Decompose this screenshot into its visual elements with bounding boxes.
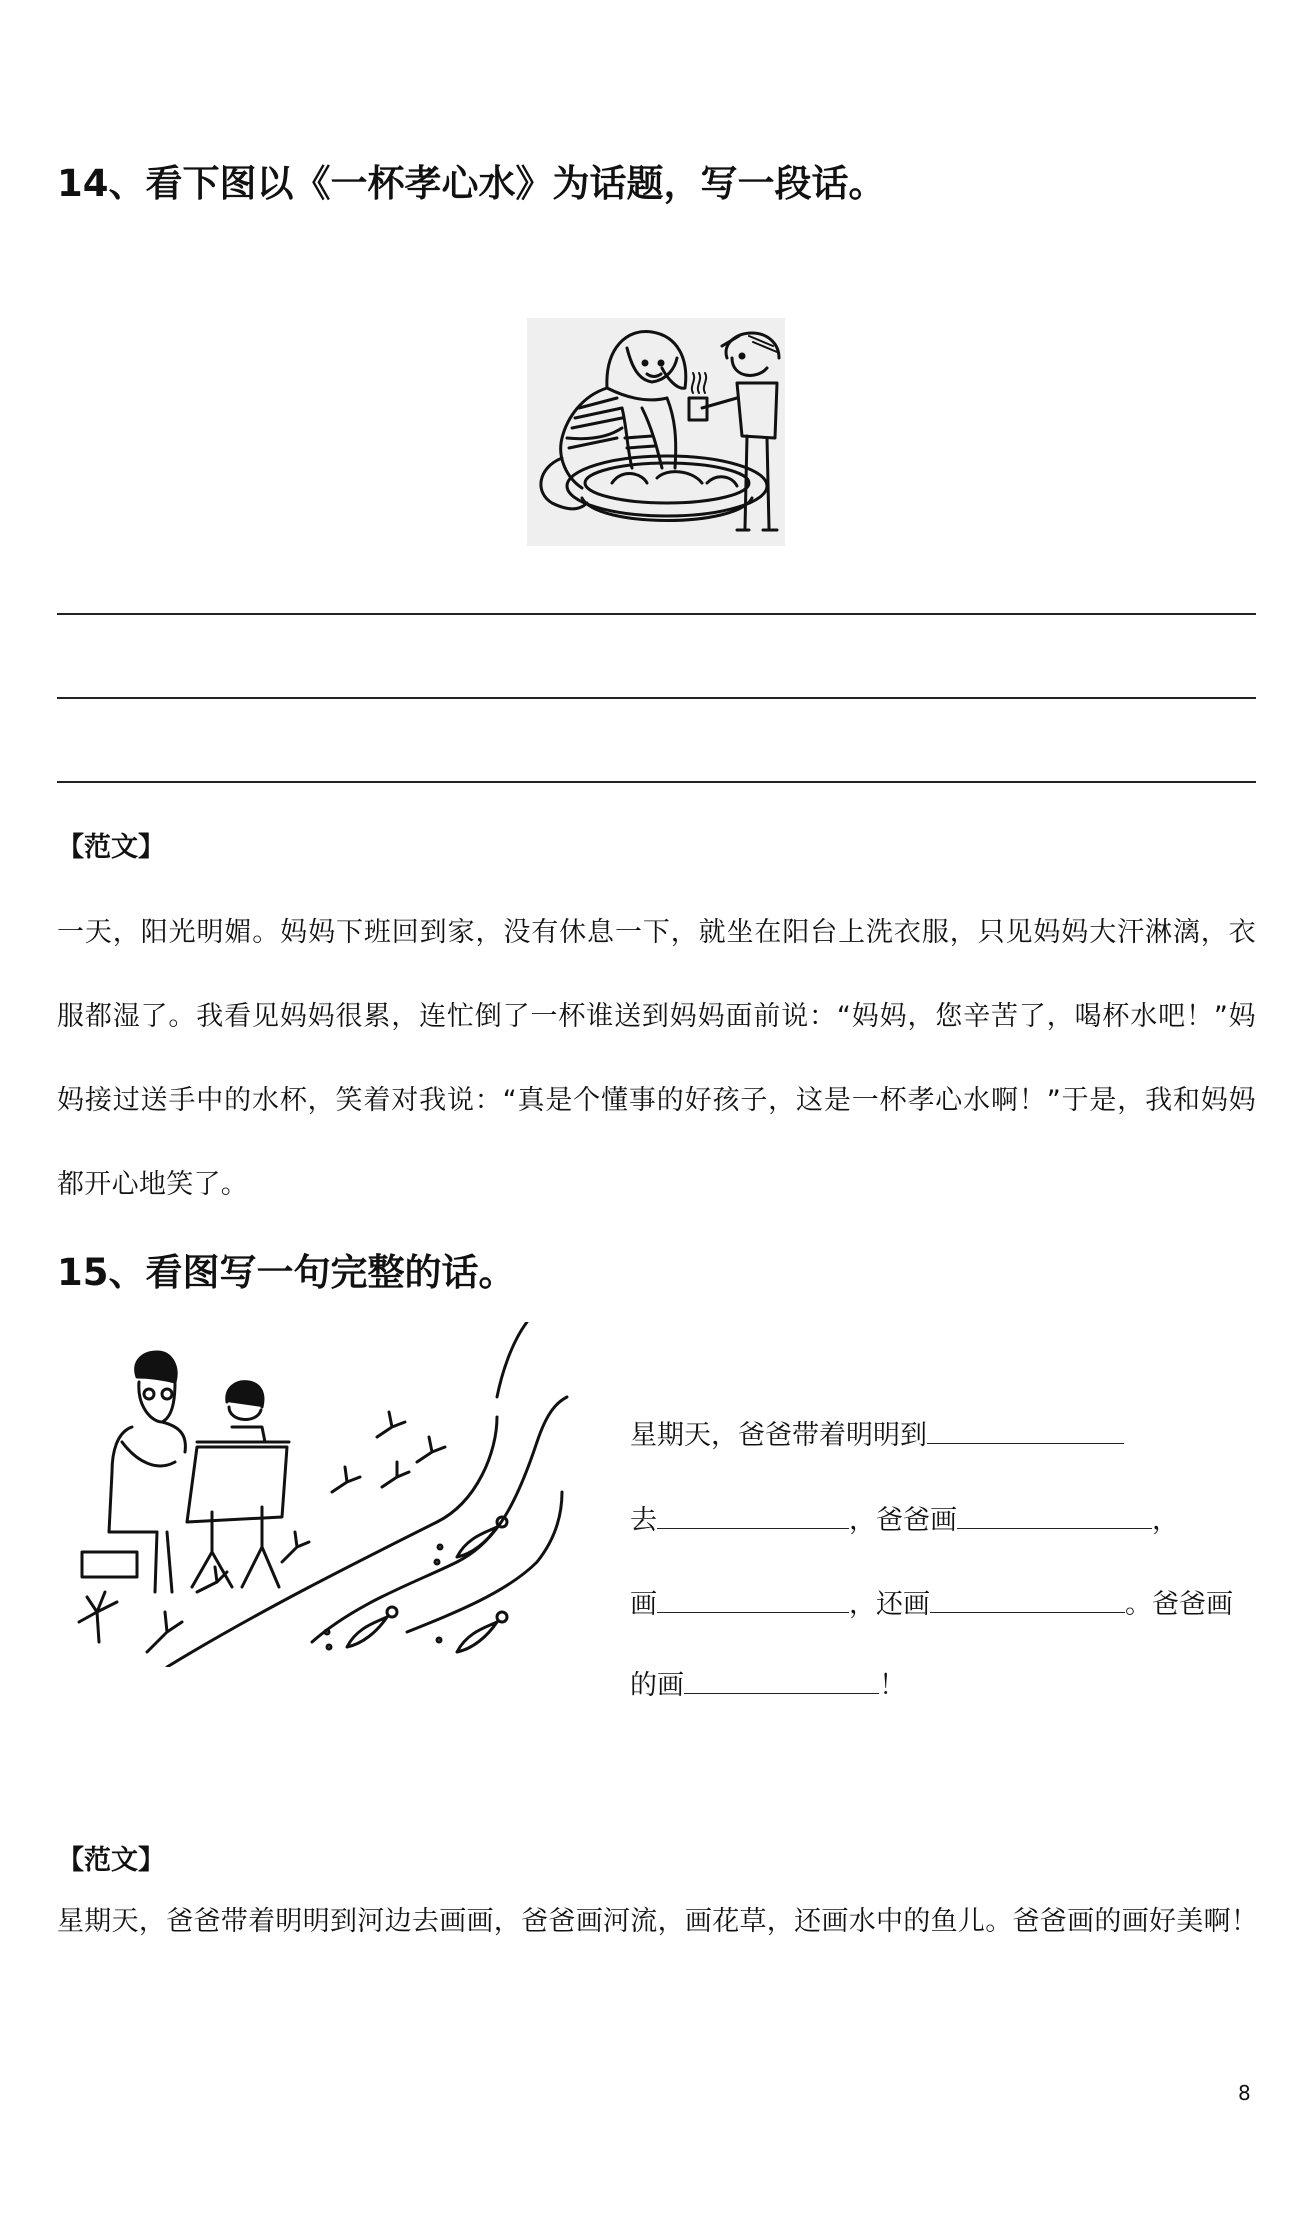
fill-text: 。爸爸画 <box>1125 1589 1233 1620</box>
blank-paint-1[interactable] <box>957 1498 1152 1529</box>
question-15-title: 15、看图写一句完整的话。 <box>57 1249 516 1297</box>
blank-paint-3[interactable] <box>930 1582 1125 1613</box>
fill-text: ！ <box>879 1670 906 1701</box>
answer-line-2[interactable] <box>57 697 1256 699</box>
sample-line: 都开心地笑了。 <box>57 1143 1256 1227</box>
fill-in-line-2: 去，爸爸画， <box>630 1498 1270 1541</box>
sample-line: 服都湿了。我看见妈妈很累，连忙倒了一杯谁送到妈妈面前说：“妈妈，您辛苦了，喝杯水… <box>57 975 1256 1059</box>
answer-line-1[interactable] <box>57 613 1256 615</box>
blank-paint-2[interactable] <box>657 1582 849 1613</box>
fill-in-line-3: 画，还画。爸爸画 <box>630 1582 1270 1625</box>
blank-place[interactable] <box>927 1413 1124 1444</box>
fill-text: 画 <box>630 1589 657 1620</box>
fill-text: ， <box>1152 1505 1179 1536</box>
river-painting-illustration <box>57 1322 609 1667</box>
fill-text: 的画 <box>630 1670 684 1701</box>
sample-essay-15: 星期天，爸爸带着明明到河边去画画，爸爸画河流，画花草，还画水中的鱼儿。爸爸画的画… <box>57 1902 1256 1942</box>
fill-in-line-1: 星期天，爸爸带着明明到 <box>630 1413 1270 1456</box>
sample-essay-14: 一天，阳光明媚。妈妈下班回到家，没有休息一下，就坐在阳台上洗衣服，只见妈妈大汗淋… <box>57 891 1256 1227</box>
fill-in-line-4: 的画！ <box>630 1663 1270 1706</box>
sample-line: 妈接过送手中的水杯，笑着对我说：“真是个懂事的好孩子，这是一杯孝心水啊！”于是，… <box>57 1059 1256 1143</box>
sample-essay-label-15: 【范文】 <box>57 1843 165 1879</box>
fill-text: 去 <box>630 1505 657 1536</box>
fill-text: ，还画 <box>849 1589 930 1620</box>
mother-washing-clothes-illustration <box>527 318 785 546</box>
illustration-graphic <box>527 318 785 546</box>
blank-description[interactable] <box>684 1663 879 1694</box>
fill-text: ，爸爸画 <box>849 1505 957 1536</box>
question-14-title: 14、看下图以《一杯孝心水》为话题，写一段话。 <box>57 160 886 208</box>
sample-essay-label-14: 【范文】 <box>57 830 165 866</box>
illustration-graphic <box>57 1322 609 1667</box>
page-number: 8 <box>1238 2079 1251 2107</box>
answer-line-3[interactable] <box>57 781 1256 783</box>
fill-text: 星期天，爸爸带着明明到 <box>630 1420 927 1451</box>
sample-line: 一天，阳光明媚。妈妈下班回到家，没有休息一下，就坐在阳台上洗衣服，只见妈妈大汗淋… <box>57 891 1256 975</box>
blank-activity[interactable] <box>657 1498 849 1529</box>
